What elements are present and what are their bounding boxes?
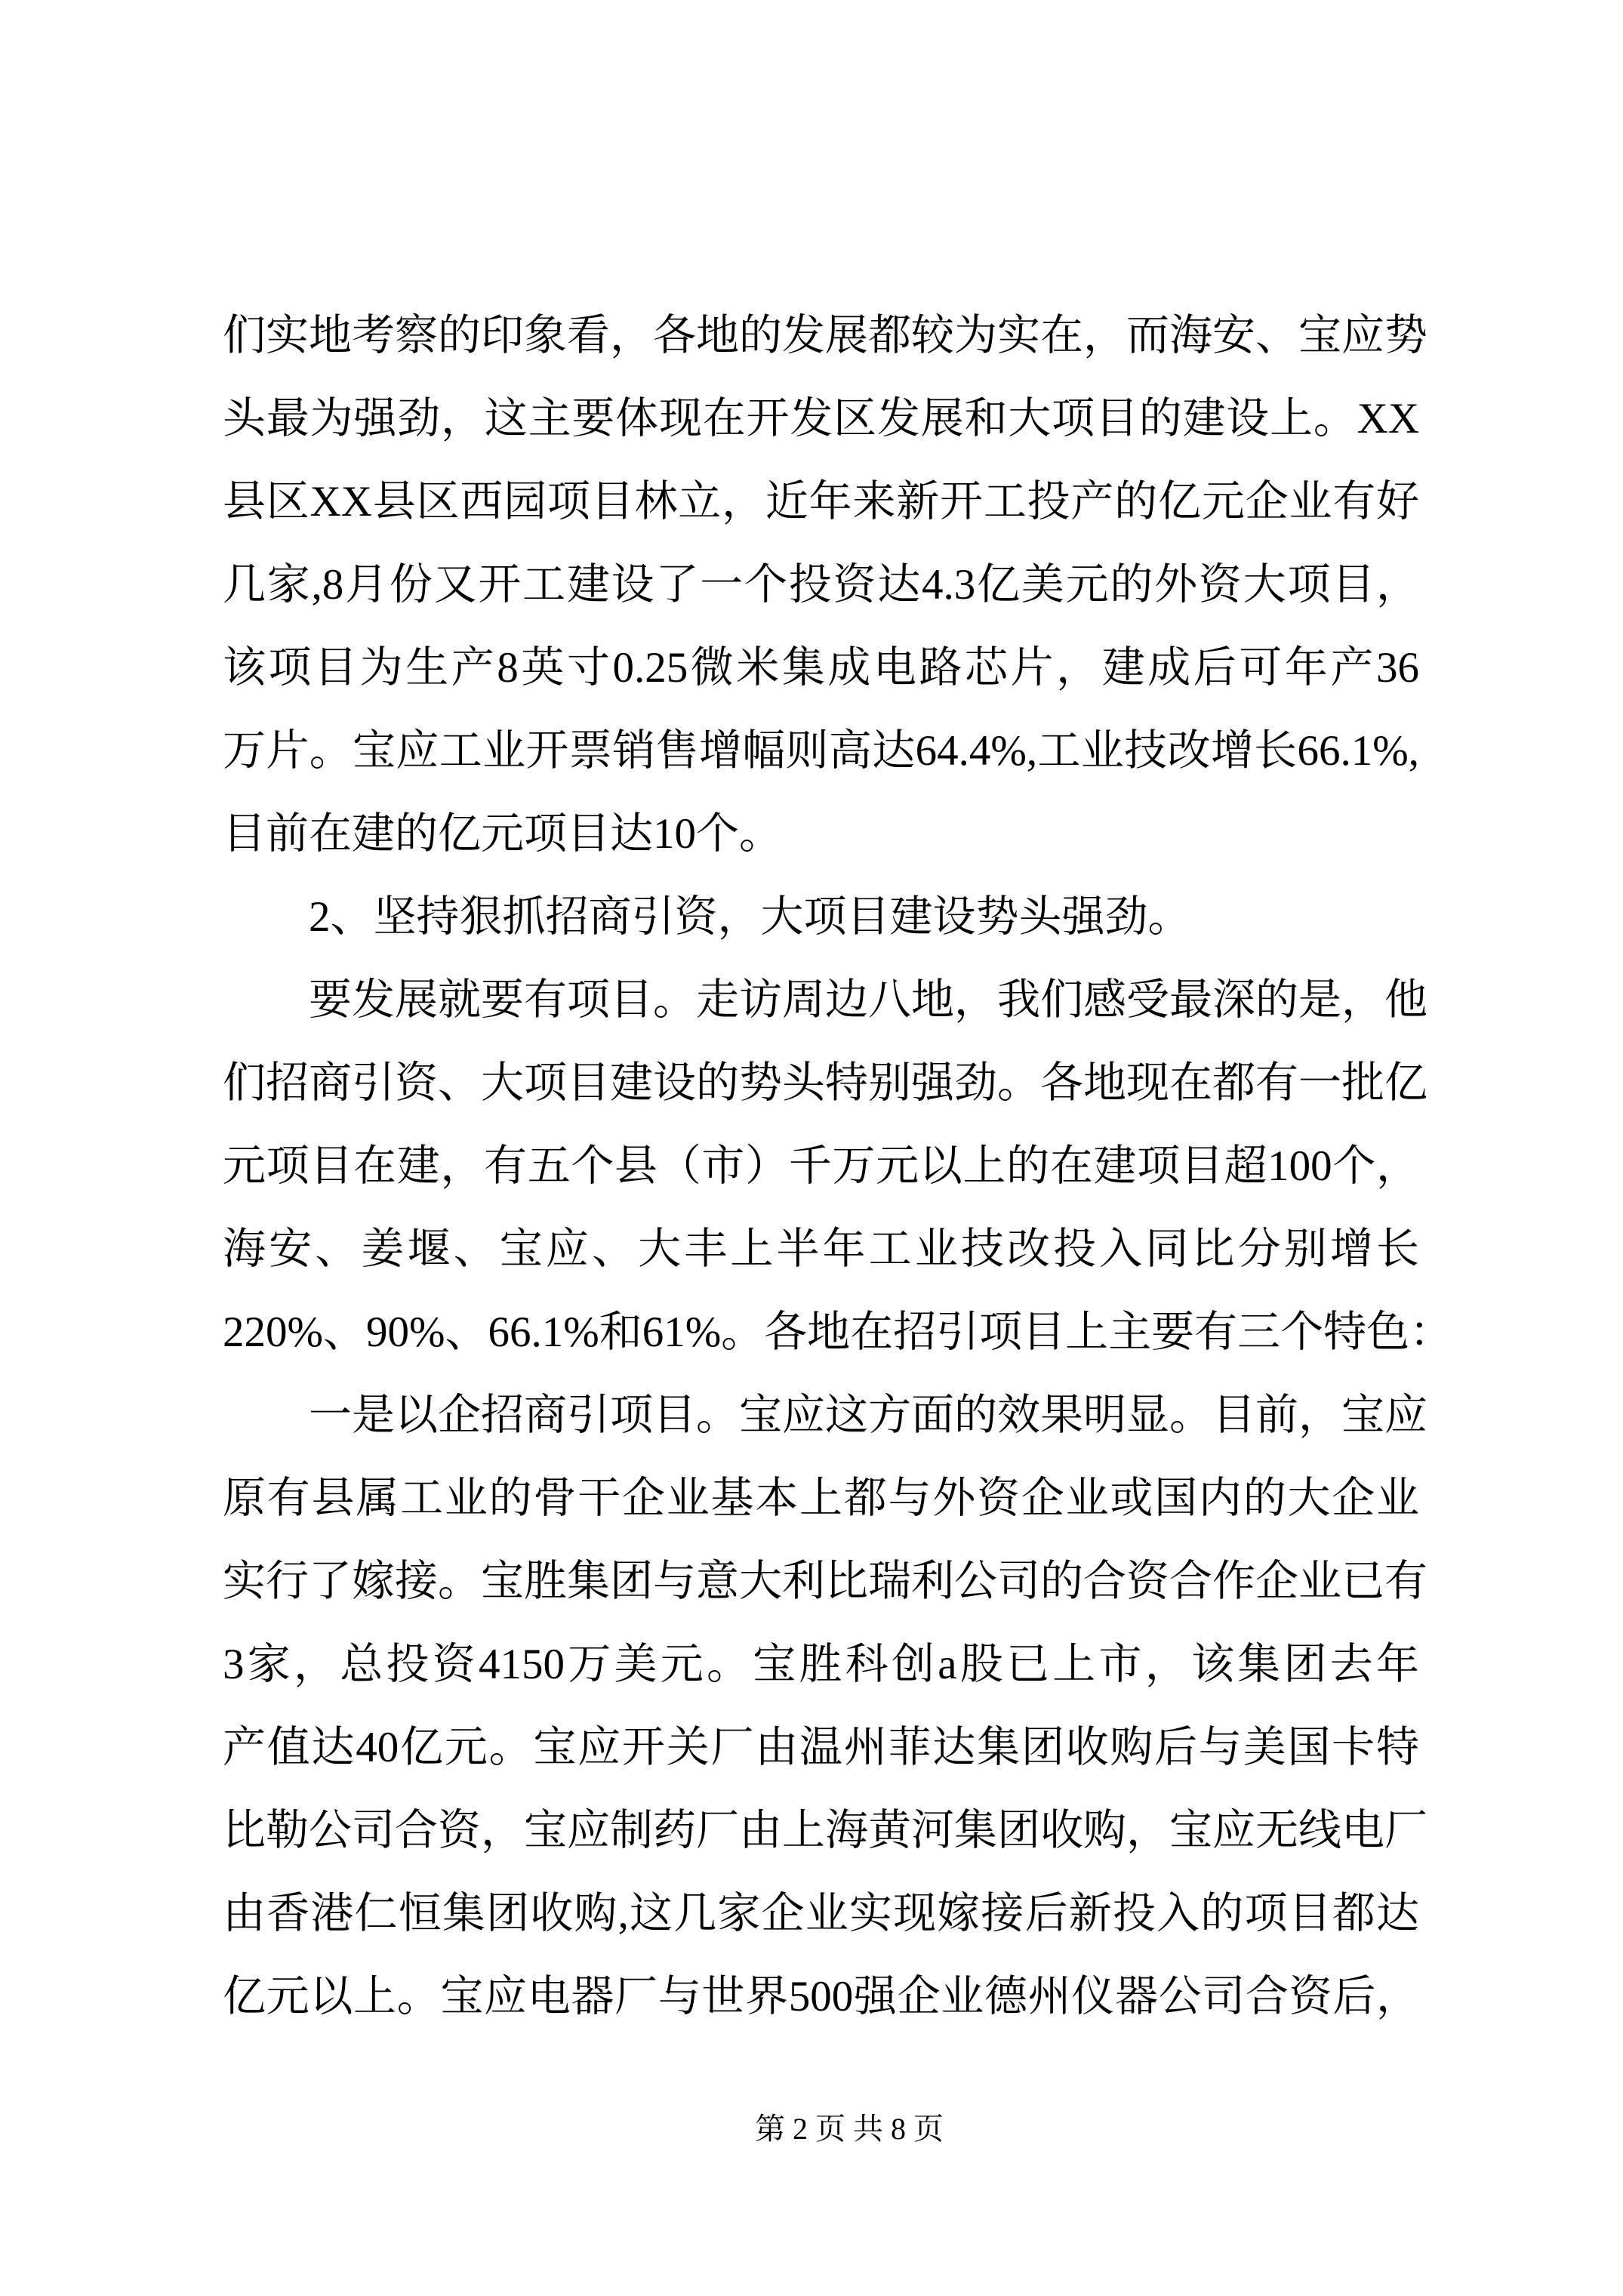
text-line: 原有县属工业的骨干企业基本上都与外资企业或国内的大企业 (223, 1457, 1419, 1540)
text-line: 县区XX县区西园项目林立，近年来新开工投产的亿元企业有好 (223, 461, 1419, 544)
text-line: 220%、90%、66.1%和61%。各地在招引项目上主要有三个特色： (223, 1291, 1419, 1374)
text-line: 要发展就要有项目。走访周边八地，我们感受最深的是，他 (223, 959, 1419, 1042)
text-line: 万片。宝应工业开票销售增幅则高达64.4%,工业技改增长66.1%, (223, 710, 1419, 793)
text-line: 一是以企招商引项目。宝应这方面的效果明显。目前，宝应 (223, 1374, 1419, 1457)
text-line: 该项目为生产8英寸0.25微米集成电路芯片，建成后可年产36 (223, 627, 1419, 710)
text-line: 实行了嫁接。宝胜集团与意大利比瑞利公司的合资合作企业已有 (223, 1540, 1419, 1623)
text-line: 们招商引资、大项目建设的势头特别强劲。各地现在都有一批亿 (223, 1042, 1419, 1125)
text-line: 亿元以上。宝应电器厂与世界500强企业德州仪器公司合资后， (223, 1955, 1419, 2039)
text-line: 目前在建的亿元项目达10个。 (223, 793, 1419, 876)
text-line: 3家，总投资4150万美元。宝胜科创a股已上市，该集团去年 (223, 1623, 1419, 1706)
text-line: 2、坚持狠抓招商引资，大项目建设势头强劲。 (223, 876, 1419, 959)
text-line: 几家,8月份又开工建设了一个投资达4.3亿美元的外资大项目， (223, 544, 1419, 627)
text-line: 由香港仁恒集团收购,这几家企业实现嫁接后新投入的项目都达 (223, 1872, 1419, 1955)
text-line: 头最为强劲，这主要体现在开发区发展和大项目的建设上。XX (223, 378, 1419, 461)
text-line: 们实地考察的印象看，各地的发展都较为实在，而海安、宝应势 (223, 294, 1419, 378)
document-body: 们实地考察的印象看，各地的发展都较为实在，而海安、宝应势 头最为强劲，这主要体现… (223, 294, 1419, 2039)
page-footer: 第 2 页 共 8 页 (38, 2110, 1623, 2148)
document-page: 们实地考察的印象看，各地的发展都较为实在，而海安、宝应势 头最为强劲，这主要体现… (0, 0, 1623, 2296)
text-line: 元项目在建，有五个县（市）千万元以上的在建项目超100个， (223, 1125, 1419, 1208)
text-line: 海安、姜堰、宝应、大丰上半年工业技改投入同比分别增长 (223, 1208, 1419, 1291)
text-line: 产值达40亿元。宝应开关厂由温州菲达集团收购后与美国卡特 (223, 1706, 1419, 1789)
text-line: 比勒公司合资，宝应制药厂由上海黄河集团收购，宝应无线电厂 (223, 1789, 1419, 1872)
